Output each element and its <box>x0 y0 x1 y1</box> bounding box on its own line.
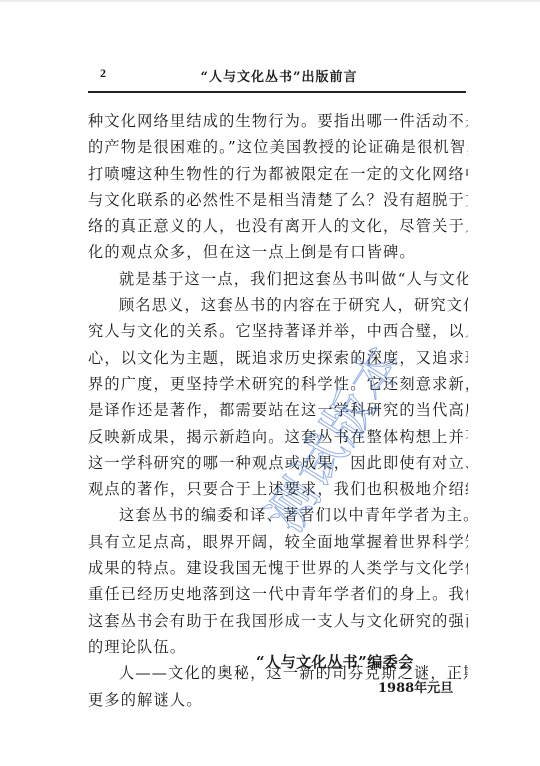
text-line: 化的观点众多，但在这一点上倒是有口皆碑。 <box>88 239 468 265</box>
running-header: 2 “人与文化丛书”出版前言 <box>92 66 466 86</box>
text-line: 这套丛书会有助于在我国形成一支人与文化研究的强而有力 <box>88 608 468 634</box>
text-line: 究人与文化的关系。它坚持著译并举，中西合璧，以人为核 <box>88 318 468 344</box>
header-rule <box>88 91 466 93</box>
book-page: 2 “人与文化丛书”出版前言 种文化网络里结成的生物行为。要指出哪一件活动不是文… <box>0 0 540 766</box>
body-text: 种文化网络里结成的生物行为。要指出哪一件活动不是文化 的产物是很困难的。”这位美… <box>88 108 468 713</box>
text-line: 重任已经历史地落到这一代中青年学者们的身上。我们希望 <box>88 581 468 607</box>
running-title: “人与文化丛书”出版前言 <box>92 66 466 85</box>
text-line: 打喷嚏这种生物性的行为都被限定在一定的文化网络中，人 <box>88 161 468 187</box>
signature-date: 1988年元旦 <box>378 677 453 696</box>
text-line: 络的真正意义的人，也没有离开人的文化，尽管关于人与文 <box>88 213 468 239</box>
paragraph-start-line: 就是基于这一点，我们把这套丛书叫做“人与文化丛书”。 <box>88 266 468 292</box>
text-line: 成果的特点。建设我国无愧于世界的人类学与文化学体系的 <box>88 555 468 581</box>
text-line: 反映新成果，揭示新趋向。这套丛书在整体构想上并不囿于 <box>88 424 468 450</box>
text-line: 与文化联系的必然性不是相当清楚了么？没有超脱于文化网 <box>88 187 468 213</box>
text-line: 是译作还是著作，都需要站在这一学科研究的当代高度上， <box>88 397 468 423</box>
signature-committee: “人与文化丛书”编委会 <box>256 651 414 672</box>
text-line: 种文化网络里结成的生物行为。要指出哪一件活动不是文化 <box>88 108 468 134</box>
paragraph-start-line: 顾名思义，这套丛书的内容在于研究人，研究文化，研 <box>88 292 468 318</box>
text-line: 的产物是很困难的。”这位美国教授的论证确是很机智，连 <box>88 134 468 160</box>
text-line: 具有立足点高，眼界开阔，较全面地掌握着世界科学知识新 <box>88 529 468 555</box>
